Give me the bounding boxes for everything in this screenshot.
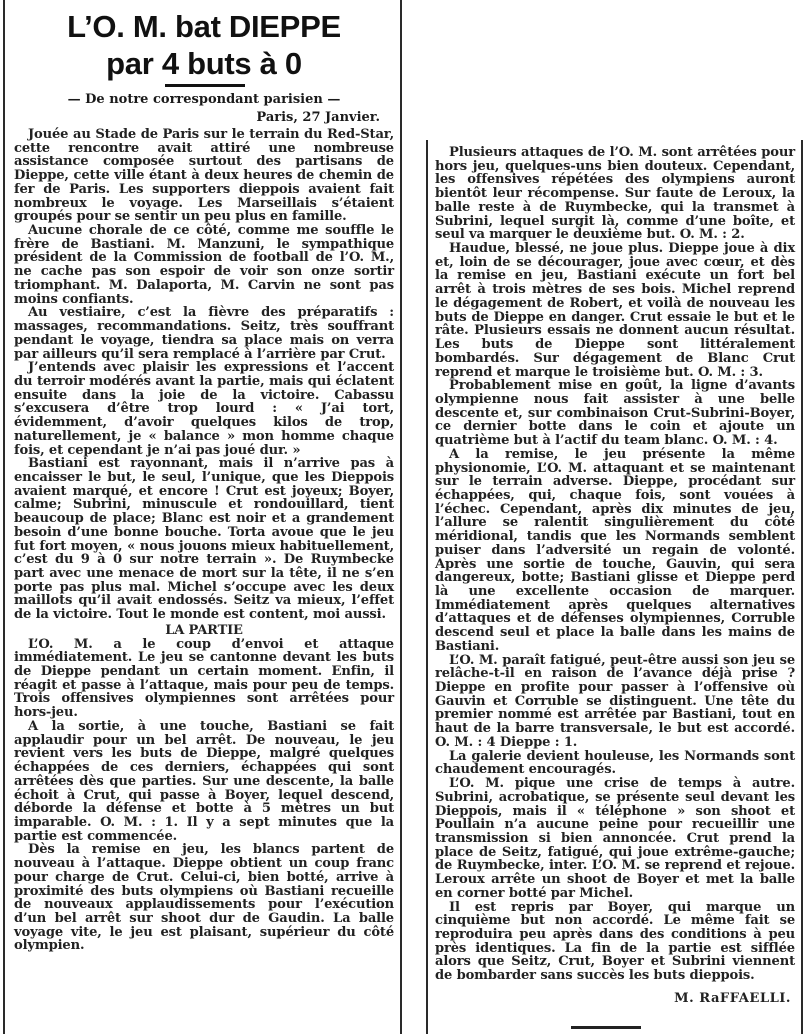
paragraph: Plusieurs attaques de l’O. M. sont arrêt… xyxy=(435,146,795,242)
column-rule xyxy=(3,0,5,1034)
column-rule xyxy=(801,140,803,1034)
dateline: Paris, 27 Janvier. xyxy=(256,110,380,125)
paragraph: La galerie devient houleuse, les Normand… xyxy=(435,750,795,777)
headline-line-1: L’O. M. bat DIEPPE xyxy=(14,8,394,45)
paragraph: Probablement mise en goût, la ligne d’av… xyxy=(435,379,795,448)
right-column-body: Plusieurs attaques de l’O. M. sont arrêt… xyxy=(435,146,795,1006)
headline-line-2: par 4 buts à 0 xyxy=(14,45,394,82)
paragraph: Bastiani est rayonnant, mais il n’arrive… xyxy=(14,457,394,622)
paragraph: A la remise, le jeu présente la même phy… xyxy=(435,448,795,654)
section-heading: LA PARTIE xyxy=(14,624,394,638)
paragraph: A la sortie, à une touche, Bastiani se f… xyxy=(14,720,394,843)
paragraph: Dès la remise en jeu, les blancs partent… xyxy=(14,843,394,953)
column-rule xyxy=(400,0,402,1034)
paragraph: Jouée au Stade de Paris sur le terrain d… xyxy=(14,128,394,224)
paragraph: J’entends avec plaisir les expressions e… xyxy=(14,361,394,457)
left-column-body: Jouée au Stade de Paris sur le terrain d… xyxy=(14,128,394,953)
paragraph: Il est repris par Boyer, qui marque un c… xyxy=(435,901,795,983)
paragraph: Au vestiaire, c’est la fièvre des prépar… xyxy=(14,306,394,361)
article-right-column: Plusieurs attaques de l’O. M. sont arrêt… xyxy=(406,140,812,1034)
paragraph: L’O. M. pique une crise de temps à autre… xyxy=(435,777,795,900)
column-rule xyxy=(426,140,428,1034)
article-left-column: L’O. M. bat DIEPPE par 4 buts à 0 — De n… xyxy=(0,0,406,1034)
paragraph: Aucune chorale de ce côté, comme me souf… xyxy=(14,224,394,306)
headline-divider xyxy=(165,84,245,87)
paragraph: Haudue, blessé, ne joue plus. Dieppe jou… xyxy=(435,242,795,379)
byline: — De notre correspondant parisien — xyxy=(14,92,394,107)
headline: L’O. M. bat DIEPPE par 4 buts à 0 xyxy=(14,8,394,82)
paragraph: L’O. M. paraît fatigué, peut-être aussi … xyxy=(435,654,795,750)
paragraph: L’O. M. a le coup d’envoi et attaque imm… xyxy=(14,638,394,720)
end-ornament xyxy=(571,1026,641,1029)
author-signature: M. RaFFAELLI. xyxy=(435,992,795,1006)
